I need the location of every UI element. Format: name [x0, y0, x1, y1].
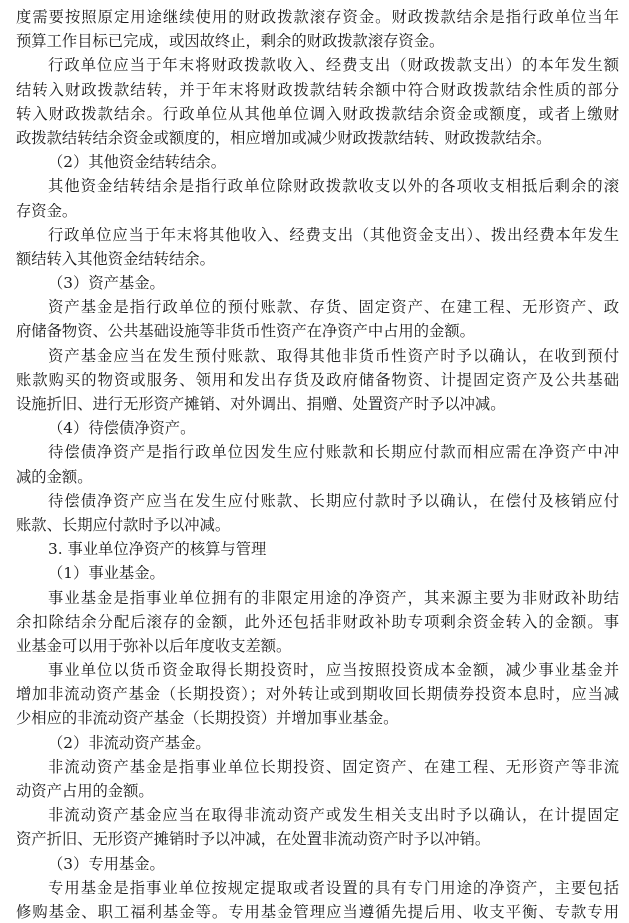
- text-line: 增加非流动资产基金（长期投资）；对外转让或到期收回长期债券投资本息时，应当减: [16, 682, 619, 706]
- text-line: 非流动资产基金应当在取得非流动资产或发生相关支出时予以确认，在计提固定: [16, 803, 619, 827]
- text-line: 预算工作目标已完成，或因故终止，剩余的财政拨款滚存资金。: [16, 29, 619, 53]
- text-line: 资产基金是指行政单位的预付账款、存货、固定资产、在建工程、无形资产、政: [16, 295, 619, 319]
- text-line: 待偿债净资产是指行政单位因发生应付账款和长期应付款而相应需在净资产中冲: [16, 440, 619, 464]
- text-line: 少相应的非流动资产基金（长期投资）并增加事业基金。: [16, 706, 619, 730]
- text-line: 转入财政拨款结余。行政单位从其他单位调入财政拨款结余资金或额度，或者上缴财: [16, 102, 619, 126]
- text-line: 其他资金结转结余是指行政单位除财政拨款收支以外的各项收支相抵后剩余的滚: [16, 174, 619, 198]
- text-line: （2）其他资金结转结余。: [16, 150, 619, 174]
- text-line: 额结转入其他资金结转结余。: [16, 247, 619, 271]
- text-line: 专用基金是指事业单位按规定提取或者设置的具有专门用途的净资产，主要包括: [16, 876, 619, 900]
- text-line: （3）专用基金。: [16, 852, 619, 876]
- text-line: 减的金额。: [16, 465, 619, 489]
- text-line: 事业单位以货币资金取得长期投资时，应当按照投资成本金额，减少事业基金并: [16, 658, 619, 682]
- text-line: 业基金可以用于弥补以后年度收支差额。: [16, 634, 619, 658]
- document-page: 度需要按照原定用途继续使用的财政拨款滚存资金。财政拨款结余是指行政单位当年预算工…: [16, 5, 619, 923]
- text-line: 行政单位应当于年末将财政拨款收入、经费支出（财政拨款支出）的本年发生额: [16, 53, 619, 77]
- text-line: 非流动资产基金是指事业单位长期投资、固定资产、在建工程、无形资产等非流: [16, 755, 619, 779]
- text-line: （4）待偿债净资产。: [16, 416, 619, 440]
- text-line: 3. 事业单位净资产的核算与管理: [16, 537, 619, 561]
- text-line: 资产折旧、无形资产摊销时予以冲减，在处置非流动资产时予以冲销。: [16, 827, 619, 851]
- text-line: （1）事业基金。: [16, 561, 619, 585]
- text-line: 动资产占用的金额。: [16, 779, 619, 803]
- text-line: 度需要按照原定用途继续使用的财政拨款滚存资金。财政拨款结余是指行政单位当年: [16, 5, 619, 29]
- text-line: 结转入财政拨款结转，并于年末将财政拨款结转余额中符合财政拨款结余性质的部分: [16, 78, 619, 102]
- text-line: 资产基金应当在发生预付账款、取得其他非货币性资产时予以确认，在收到预付: [16, 344, 619, 368]
- text-line: 余扣除结余分配后滚存的金额，此外还包括非财政补助专项剩余资金转入的金额。事: [16, 610, 619, 634]
- text-line: 行政单位应当于年末将其他收入、经费支出（其他资金支出）、拨出经费本年发生: [16, 223, 619, 247]
- text-line: 账款购买的物资或服务、领用和发出存货及政府储备物资、计提固定资产及公共基础: [16, 368, 619, 392]
- text-line: 账款、长期应付款时予以冲减。: [16, 513, 619, 537]
- text-line: （3）资产基金。: [16, 271, 619, 295]
- text-line: 府储备物资、公共基础设施等非货币性资产在净资产中占用的金额。: [16, 319, 619, 343]
- text-line: 存资金。: [16, 199, 619, 223]
- text-line: （2）非流动资产基金。: [16, 731, 619, 755]
- text-line: 事业基金是指事业单位拥有的非限定用途的净资产，其来源主要为非财政补助结: [16, 586, 619, 610]
- text-line: 政拨款结转结余资金或额度的，相应增加或减少财政拨款结转、财政拨款结余。: [16, 126, 619, 150]
- text-line: 设施折旧、进行无形资产摊销、对外调出、捐赠、处置资产时予以冲减。: [16, 392, 619, 416]
- text-line: 修购基金、职工福利基金等。专用基金管理应当遵循先提后用、收支平衡、专款专用: [16, 900, 619, 923]
- text-line: 待偿债净资产应当在发生应付账款、长期应付款时予以确认，在偿付及核销应付: [16, 489, 619, 513]
